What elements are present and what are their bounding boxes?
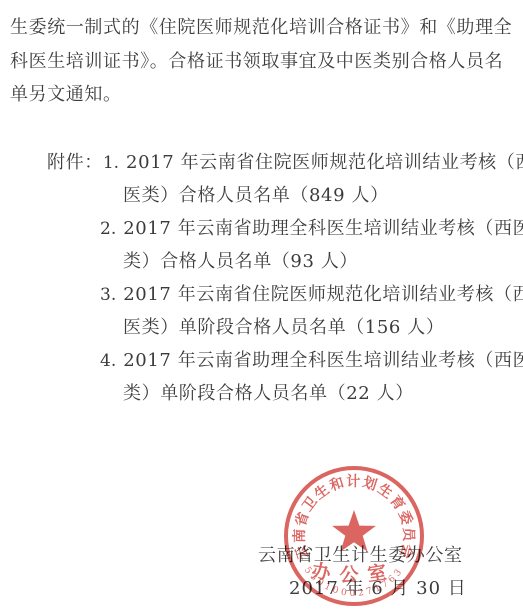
attachment-item-4-number: 4. bbox=[100, 345, 116, 378]
document-page: 生委统一制式的《住院医师规范化培训合格证书》和《助理全 科医生培训证书》。合格证… bbox=[0, 0, 523, 616]
attachment-item-3-line-2: 医类）单阶段合格人员名单（156 人） bbox=[47, 311, 523, 344]
paragraph-line-3: 单另文通知。 bbox=[10, 78, 516, 112]
attachment-item-1-line-2: 医类）合格人员名单（849 人） bbox=[47, 179, 523, 212]
attachment-item-4-line-2: 类）单阶段合格人员名单（22 人） bbox=[47, 377, 523, 410]
attachment-item-2-number: 2. bbox=[100, 213, 116, 246]
attachments-list: 附件：1.2017 年云南省住院医师规范化培训结业考核（西 医类）合格人员名单（… bbox=[47, 146, 523, 410]
attachment-item-2-line-1: 2.2017 年云南省助理全科医生培训结业考核（西医 bbox=[47, 212, 523, 245]
attachment-item-1-number: 1. bbox=[103, 147, 119, 180]
attachment-item-3-number: 3. bbox=[100, 279, 116, 312]
paragraph-line-2: 科医生培训证书》。合格证书领取事宜及中医类别合格人员名 bbox=[10, 45, 516, 79]
attachment-item-2-text: 2017 年云南省助理全科医生培训结业考核（西医 bbox=[123, 218, 523, 239]
attachments-label: 附件： bbox=[47, 146, 103, 179]
attachment-item-2-line-2: 类）合格人员名单（93 人） bbox=[47, 245, 523, 278]
body-paragraph: 生委统一制式的《住院医师规范化培训合格证书》和《助理全 科医生培训证书》。合格证… bbox=[10, 11, 516, 112]
attachment-item-4-text: 2017 年云南省助理全科医生培训结业考核（西医 bbox=[123, 350, 523, 371]
attachment-item-1-line-1: 附件：1.2017 年云南省住院医师规范化培训结业考核（西 bbox=[47, 146, 523, 179]
attachment-item-4-line-1: 4.2017 年云南省助理全科医生培训结业考核（西医 bbox=[47, 344, 523, 377]
signature-office: 云南省卫生计生委办公室 bbox=[258, 541, 463, 567]
signature-date: 2017 年 6 月 30 日 bbox=[289, 574, 467, 600]
attachment-item-3-text: 2017 年云南省住院医师规范化培训结业考核（西 bbox=[123, 284, 523, 305]
paragraph-line-1: 生委统一制式的《住院医师规范化培训合格证书》和《助理全 bbox=[10, 11, 516, 45]
attachment-item-3-line-1: 3.2017 年云南省住院医师规范化培训结业考核（西 bbox=[47, 278, 523, 311]
attachment-item-1-text: 2017 年云南省住院医师规范化培训结业考核（西 bbox=[126, 152, 523, 173]
